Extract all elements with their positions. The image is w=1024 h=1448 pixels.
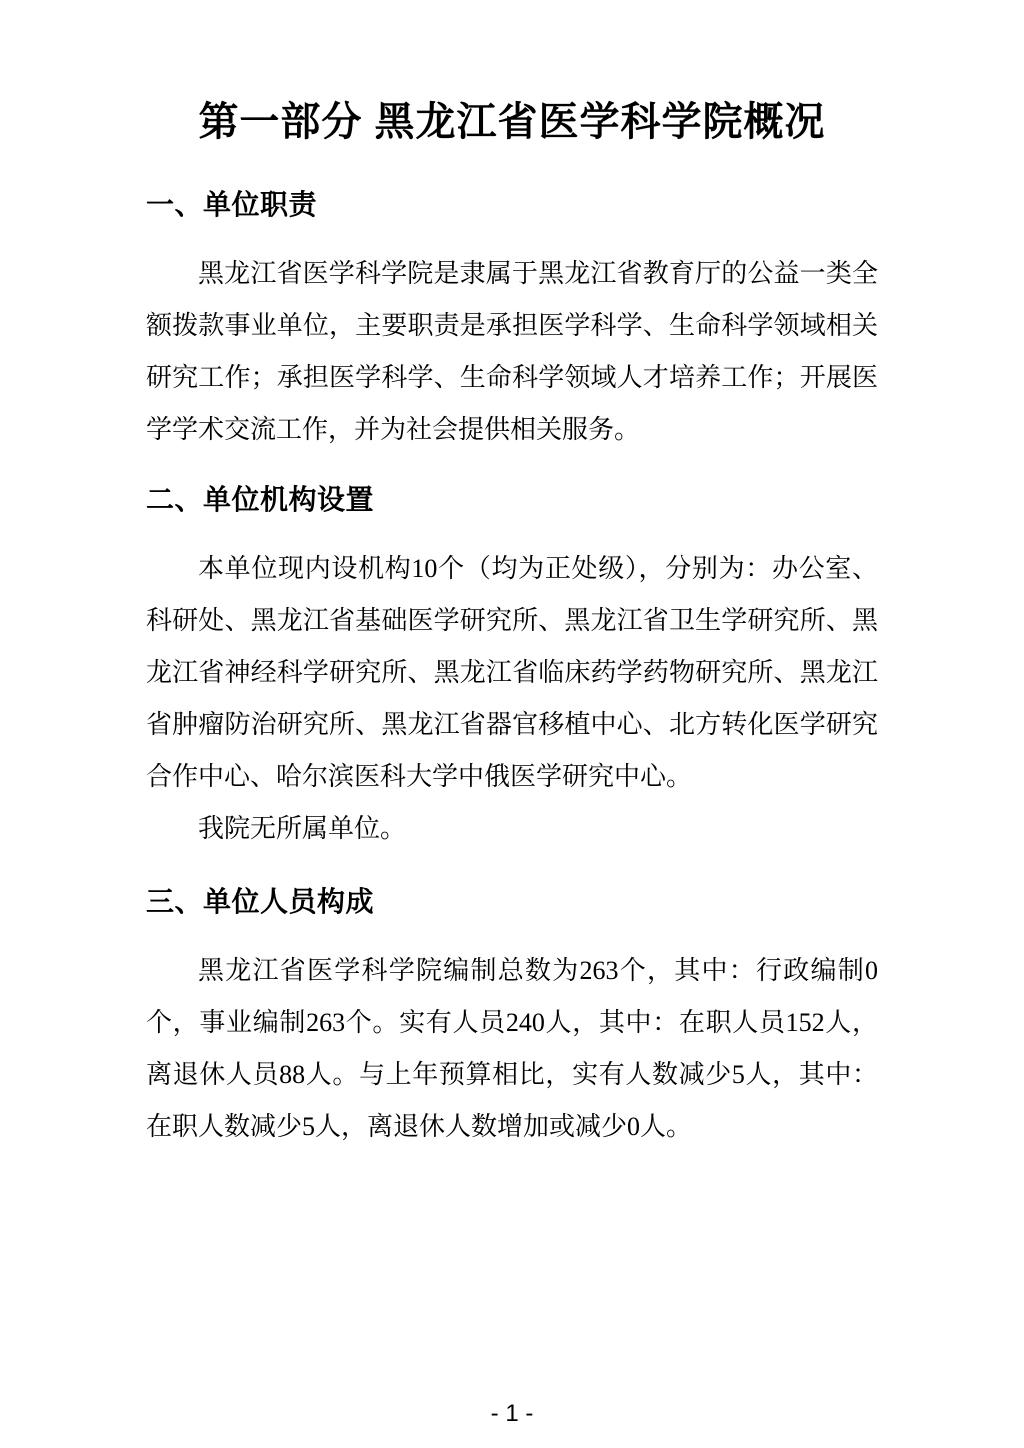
page-number: - 1 - — [0, 1400, 1024, 1428]
document-title: 第一部分 黑龙江省医学科学院概况 — [146, 99, 878, 145]
section-unit-structure: 二、单位机构设置 本单位现内设机构10个（均为正处级），分别为：办公室、科研处、… — [146, 483, 878, 855]
paragraph-unit-structure: 本单位现内设机构10个（均为正处级），分别为：办公室、科研处、黑龙江省基础医学研… — [146, 543, 878, 803]
section-unit-duties: 一、单位职责 黑龙江省医学科学院是隶属于黑龙江省教育厅的公益一类全额拨款事业单位… — [146, 188, 878, 456]
section-heading-unit-structure: 二、单位机构设置 — [146, 483, 878, 517]
section-heading-unit-duties: 一、单位职责 — [146, 188, 878, 222]
document-page: 第一部分 黑龙江省医学科学院概况 一、单位职责 黑龙江省医学科学院是隶属于黑龙江… — [0, 0, 1024, 1448]
section-unit-personnel: 三、单位人员构成 黑龙江省医学科学院编制总数为263个，其中：行政编制0个，事业… — [146, 885, 878, 1153]
paragraph-unit-personnel: 黑龙江省医学科学院编制总数为263个，其中：行政编制0个，事业编制263个。实有… — [146, 945, 878, 1153]
section-heading-unit-personnel: 三、单位人员构成 — [146, 885, 878, 919]
paragraph-no-subordinate-units: 我院无所属单位。 — [146, 803, 878, 855]
paragraph-unit-duties: 黑龙江省医学科学院是隶属于黑龙江省教育厅的公益一类全额拨款事业单位，主要职责是承… — [146, 248, 878, 456]
